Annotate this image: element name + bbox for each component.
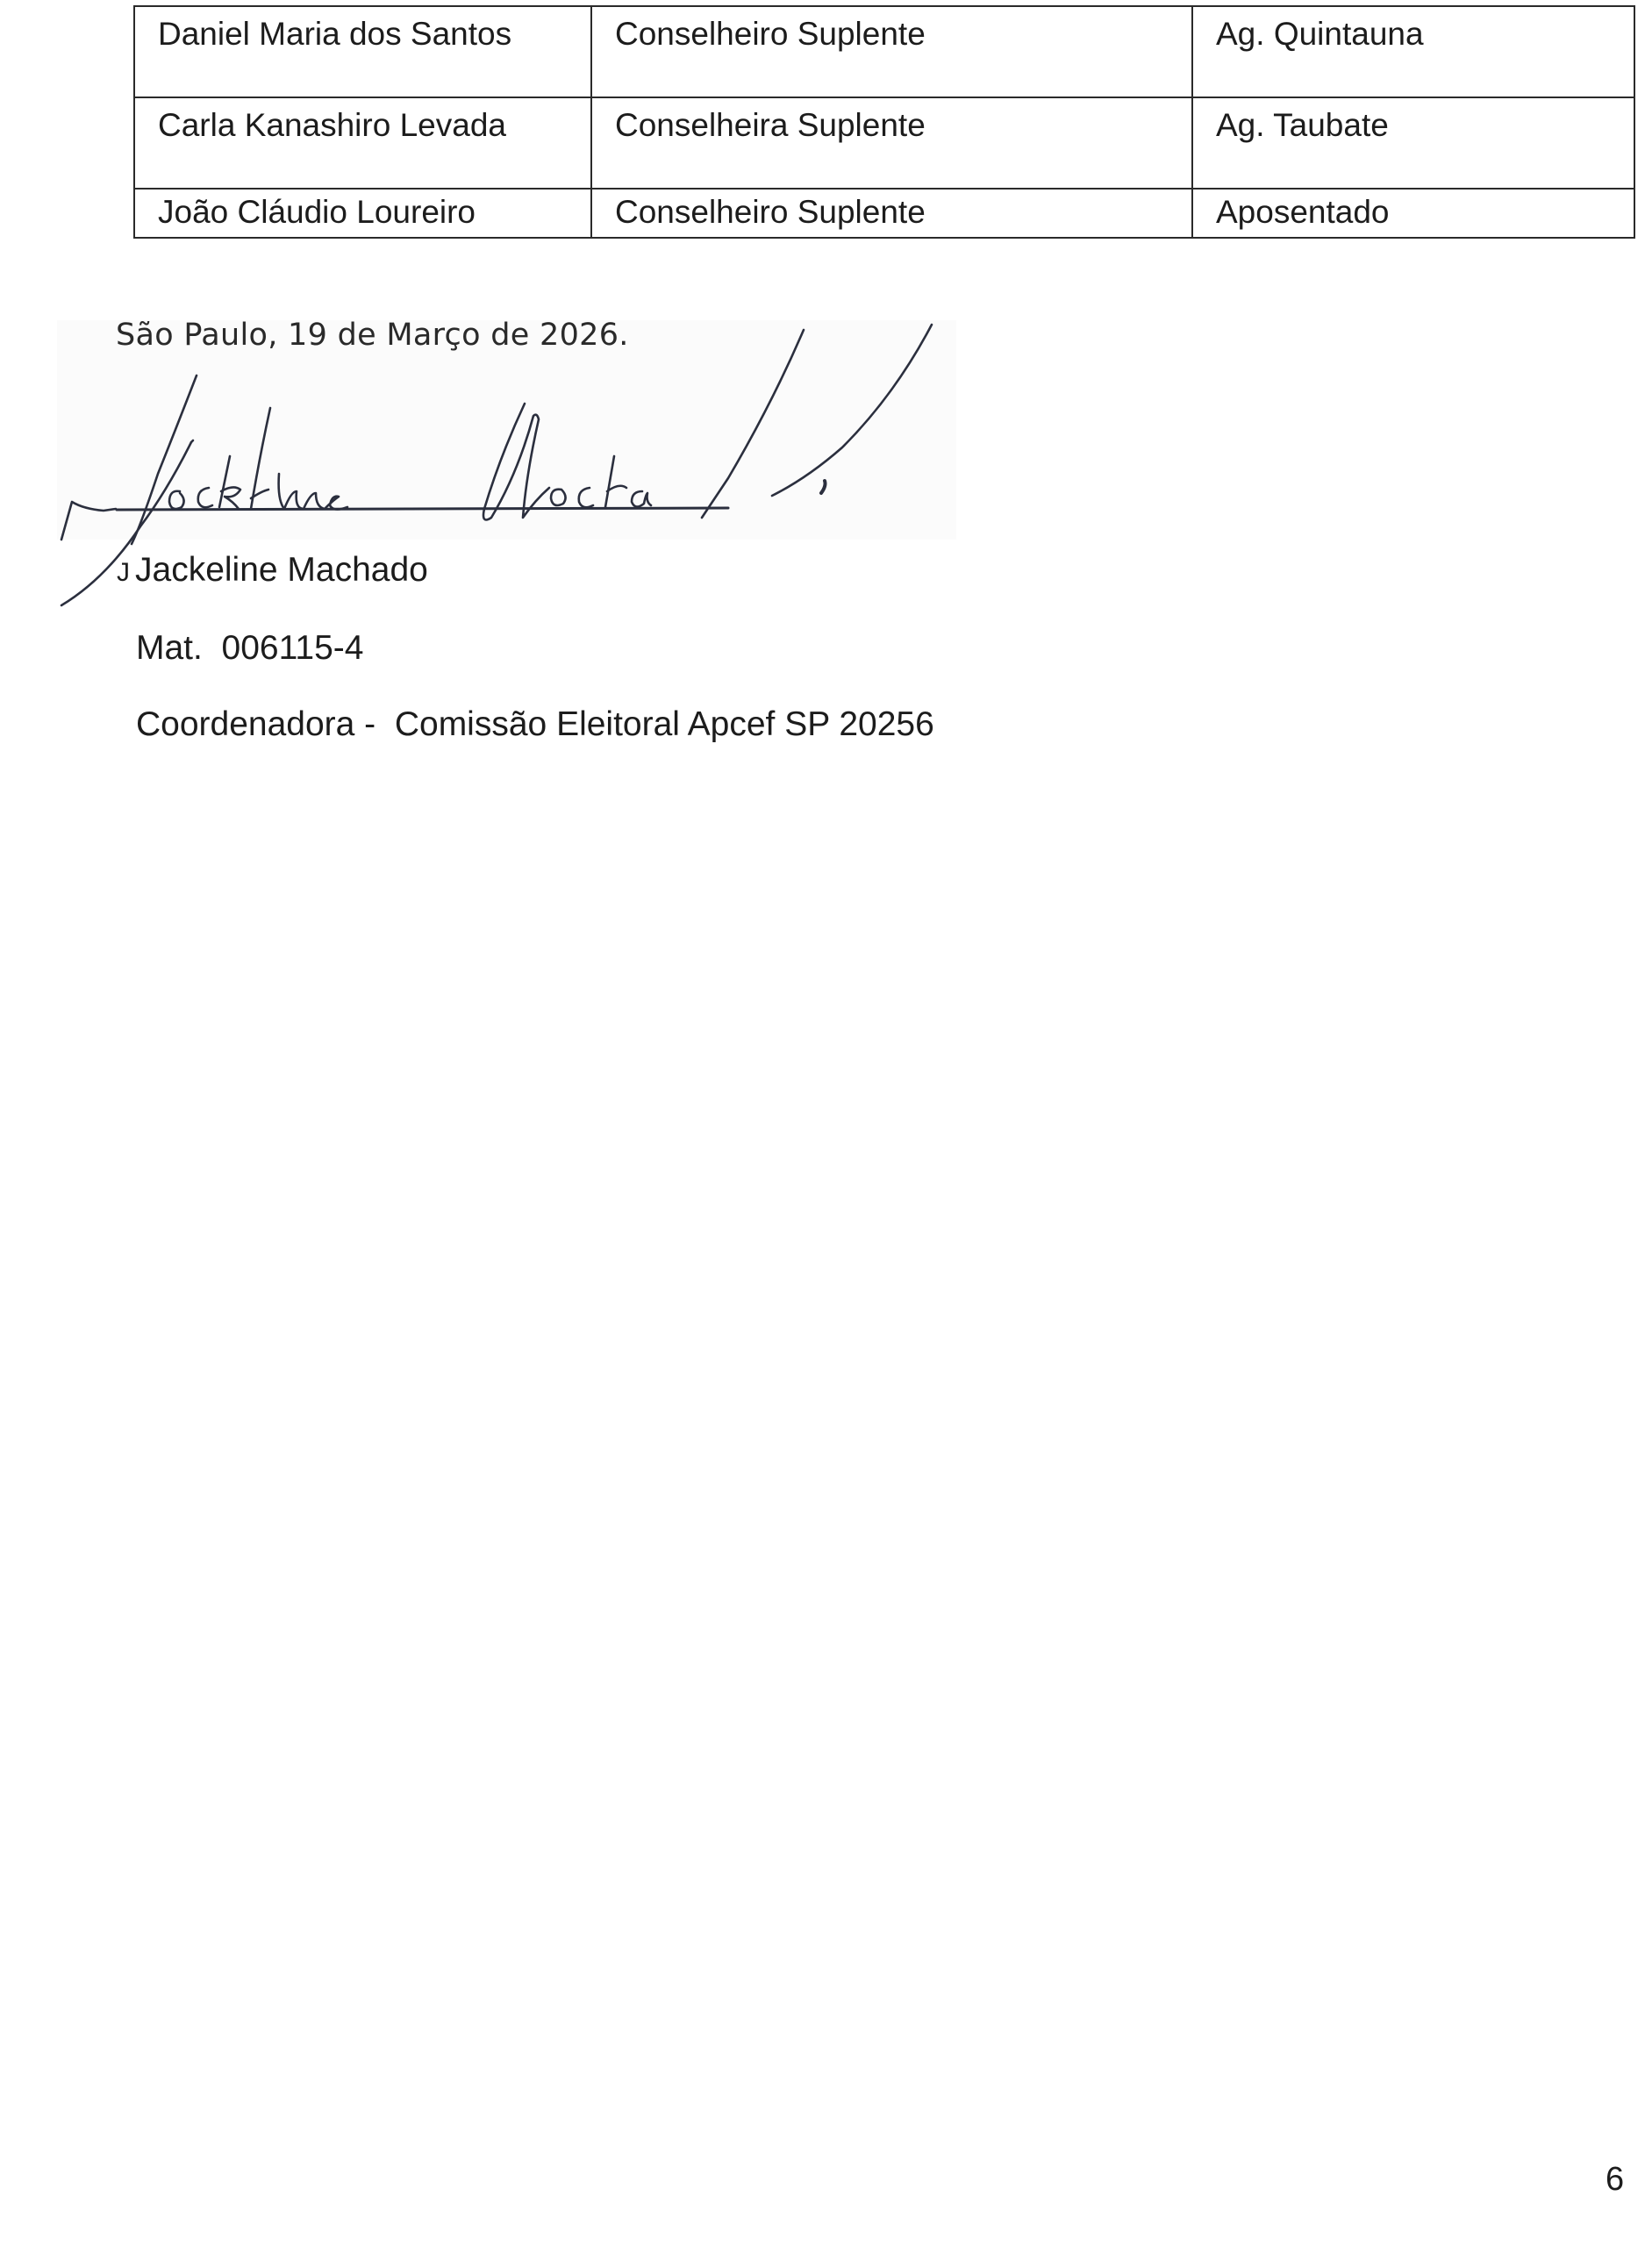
- signer-name: JJackeline Machado: [117, 551, 428, 590]
- table-row: Daniel Maria dos Santos Conselheiro Supl…: [134, 6, 1634, 97]
- signer-role: Coordenadora - Comissão Eleitoral Apcef …: [136, 705, 934, 744]
- members-table: Daniel Maria dos Santos Conselheiro Supl…: [133, 5, 1635, 239]
- signer-registration: Mat. 006115-4: [136, 629, 363, 668]
- stray-initial: J: [117, 558, 130, 587]
- table-row: Carla Kanashiro Levada Conselheira Suple…: [134, 97, 1634, 189]
- member-unit: Ag. Quintauna: [1192, 6, 1634, 97]
- member-name: Daniel Maria dos Santos: [134, 6, 591, 97]
- member-role: Conselheiro Suplente: [591, 6, 1192, 97]
- member-role: Conselheira Suplente: [591, 97, 1192, 189]
- table-row: João Cláudio Loureiro Conselheiro Suplen…: [134, 189, 1634, 238]
- page-number: 6: [1606, 2161, 1624, 2199]
- member-unit: Ag. Taubate: [1192, 97, 1634, 189]
- member-name: João Cláudio Loureiro: [134, 189, 591, 238]
- signer-name-text: Jackeline Machado: [135, 551, 428, 589]
- member-name: Carla Kanashiro Levada: [134, 97, 591, 189]
- member-unit: Aposentado: [1192, 189, 1634, 238]
- member-role: Conselheiro Suplente: [591, 189, 1192, 238]
